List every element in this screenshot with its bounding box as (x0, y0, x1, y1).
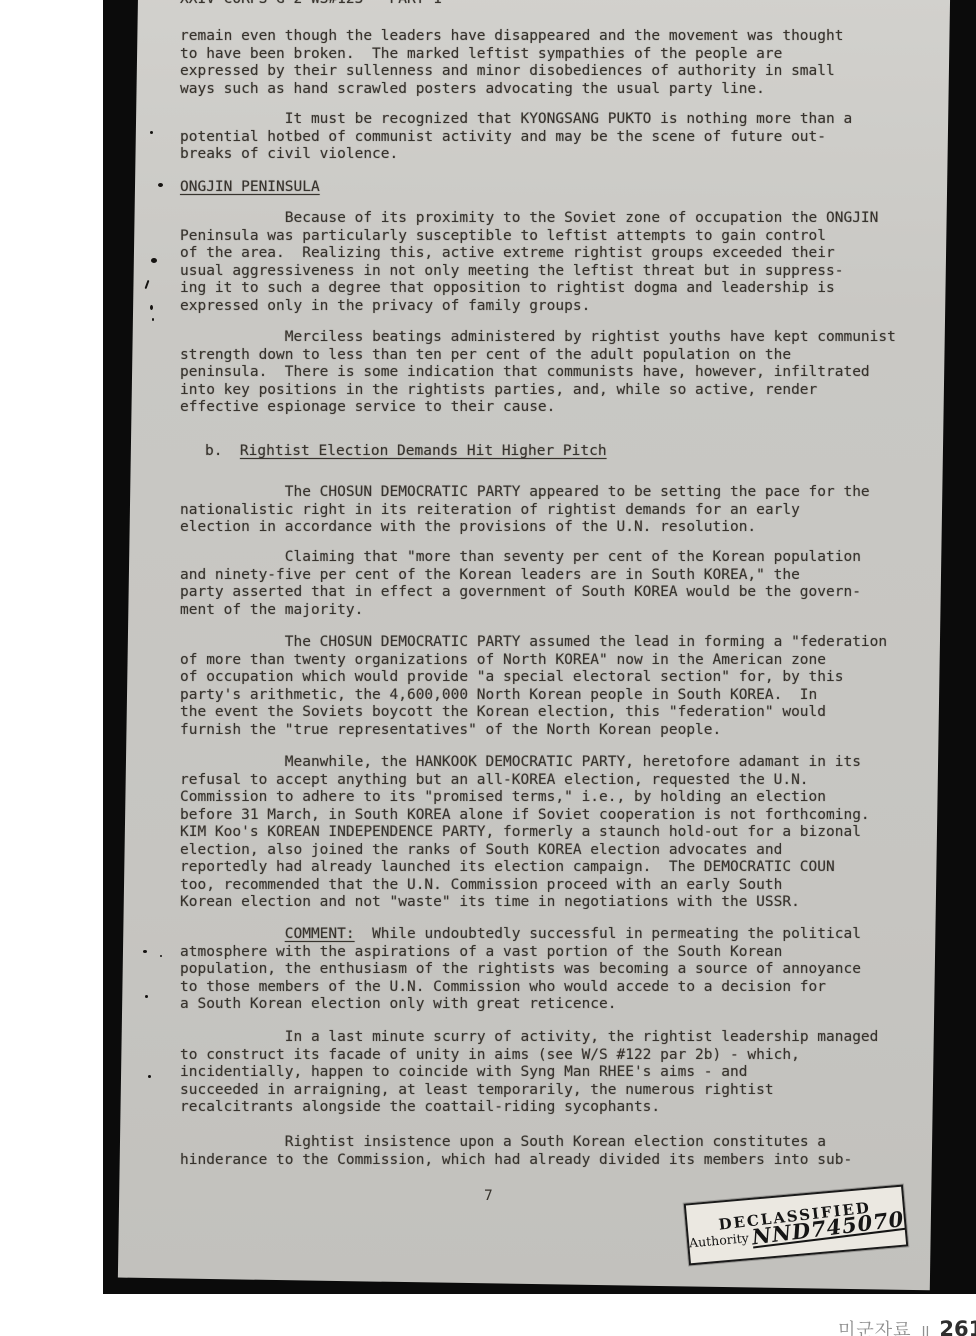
ink-mark (145, 995, 148, 998)
page-header-cropped: XXIV CORPS G-2 WS#123 PART 1 (180, 0, 946, 9)
paragraph-rightist-insistence: Rightist insistence upon a South Korean … (180, 1134, 946, 1169)
ink-mark (158, 183, 163, 187)
paragraph-kyongsang-1: remain even though the leaders have disa… (180, 28, 946, 98)
paragraph-chosun-1: The CHOSUN DEMOCRATIC PARTY appeared to … (180, 484, 946, 537)
book-caption-korean: 미군자료 (838, 1320, 912, 1336)
ink-mark (151, 258, 157, 263)
paragraph-kyongsang-2: It must be recognized that KYONGSANG PUK… (180, 111, 946, 164)
subsection-title: Rightist Election Demands Hit Higher Pit… (240, 443, 607, 459)
section-heading-ongjin-peninsula: ONGJIN PENINSULA (180, 179, 946, 197)
ink-mark (152, 318, 154, 321)
ink-mark (145, 280, 150, 289)
subsection-letter: b. (205, 443, 240, 459)
document-text-layer: XXIV CORPS G-2 WS#123 PART 1 remain even… (0, 0, 976, 1336)
page-number: 7 (484, 1188, 493, 1206)
comment-indent (180, 926, 285, 942)
ink-mark (148, 1075, 151, 1078)
paragraph-ongjin-2: Merciless beatings administered by right… (180, 329, 946, 417)
book-caption: 미군자료 II 261 (838, 1316, 976, 1336)
comment-label: COMMENT: (285, 926, 355, 942)
book-caption-volume: II (922, 1325, 930, 1336)
paragraph-ongjin-1: Because of its proximity to the Soviet z… (180, 210, 946, 315)
paragraph-hankook: Meanwhile, the HANKOOK DEMOCRATIC PARTY,… (180, 754, 946, 912)
ink-mark (150, 305, 153, 310)
subsection-heading-rightist-election: b. Rightist Election Demands Hit Higher … (205, 443, 971, 461)
paragraph-chosun-2: Claiming that "more than seventy per cen… (180, 549, 946, 619)
paragraph-comment: COMMENT: While undoubtedly successful in… (180, 926, 946, 1014)
paragraph-last-minute: In a last minute scurry of activity, the… (180, 1029, 946, 1117)
ink-mark (143, 950, 147, 953)
book-caption-page: 261 (939, 1317, 976, 1336)
declassified-stamp: DECLASSIFIED Authority NND745070 (684, 1185, 909, 1266)
ink-mark (160, 955, 162, 957)
ink-mark (150, 131, 153, 134)
paragraph-chosun-3: The CHOSUN DEMOCRATIC PARTY assumed the … (180, 634, 946, 739)
